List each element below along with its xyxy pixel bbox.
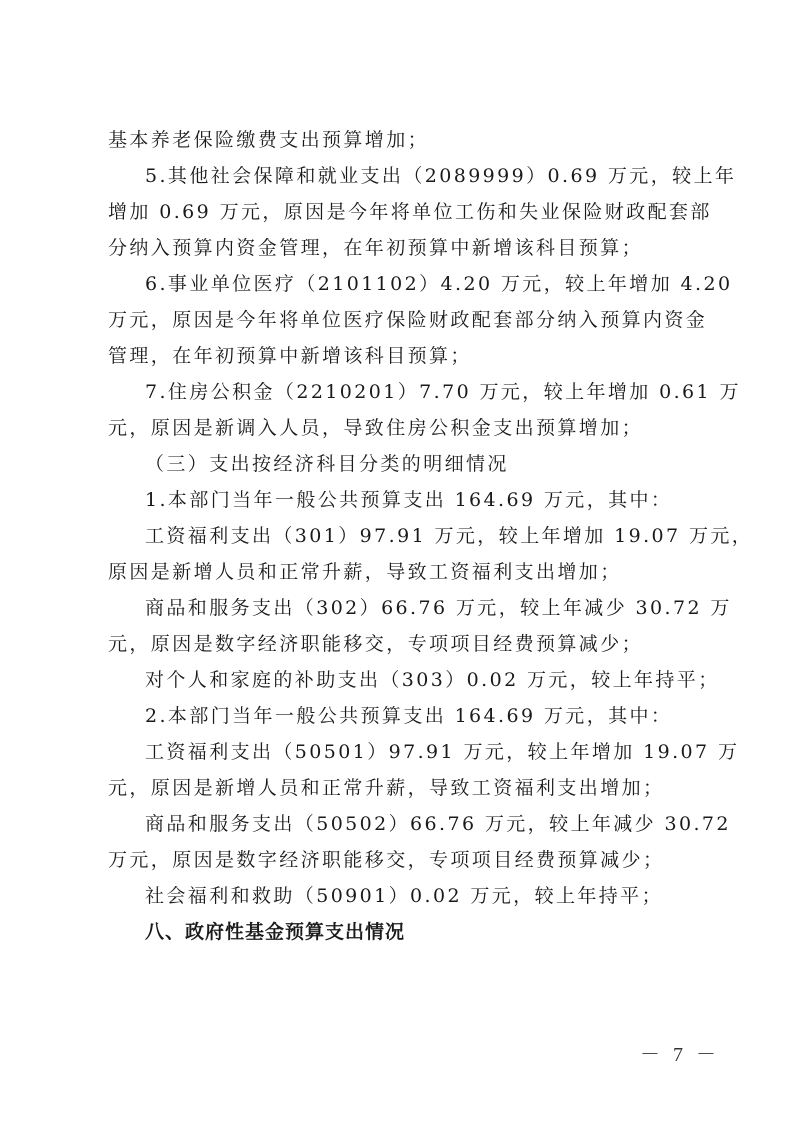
text-line: 5.其他社会保障和就业支出（2089999）0.69 万元，较上年 bbox=[145, 164, 735, 188]
text-line: 元，原因是新调入人员，导致住房公积金支出预算增加； bbox=[108, 416, 698, 440]
text-line: 元，原因是数字经济职能移交，专项项目经费预算减少； bbox=[108, 632, 698, 656]
text-line: 万元，原因是今年将单位医疗保险财政配套部分纳入预算内资金 bbox=[108, 308, 698, 332]
text-line: 2.本部门当年一般公共预算支出 164.69 万元，其中： bbox=[145, 704, 735, 728]
text-line: 6.事业单位医疗（2101102）4.20 万元，较上年增加 4.20 bbox=[145, 272, 735, 296]
text-line: 管理，在年初预算中新增该科目预算； bbox=[108, 344, 698, 368]
text-line: 原因是新增人员和正常升薪，导致工资福利支出增加； bbox=[108, 560, 698, 584]
text-line: 商品和服务支出（302）66.76 万元，较上年减少 30.72 万 bbox=[145, 596, 735, 620]
page-number: － 7 － bbox=[640, 1038, 720, 1067]
section-heading: （三）支出按经济科目分类的明细情况 bbox=[145, 452, 735, 476]
text-line: 商品和服务支出（50502）66.76 万元，较上年减少 30.72 bbox=[145, 812, 735, 836]
text-line: 7.住房公积金（2210201）7.70 万元，较上年增加 0.61 万 bbox=[145, 380, 735, 404]
text-line: 工资福利支出（301）97.91 万元，较上年增加 19.07 万元， bbox=[145, 524, 735, 548]
text-line: 元，原因是新增人员和正常升薪，导致工资福利支出增加； bbox=[108, 776, 698, 800]
section-heading: 八、政府性基金预算支出情况 bbox=[145, 920, 735, 944]
text-line: 工资福利支出（50501）97.91 万元，较上年增加 19.07 万 bbox=[145, 740, 735, 764]
text-line: 基本养老保险缴费支出预算增加； bbox=[108, 128, 698, 152]
text-line: 对个人和家庭的补助支出（303）0.02 万元，较上年持平； bbox=[145, 668, 735, 692]
text-line: 增加 0.69 万元，原因是今年将单位工伤和失业保险财政配套部 bbox=[108, 200, 698, 224]
text-line: 万元，原因是数字经济职能移交，专项项目经费预算减少； bbox=[108, 848, 698, 872]
document-page: 基本养老保险缴费支出预算增加； 5.其他社会保障和就业支出（2089999）0.… bbox=[0, 0, 793, 1122]
text-line: 1.本部门当年一般公共预算支出 164.69 万元，其中： bbox=[145, 488, 735, 512]
text-line: 社会福利和救助（50901）0.02 万元，较上年持平； bbox=[145, 884, 735, 908]
text-line: 分纳入预算内资金管理，在年初预算中新增该科目预算； bbox=[108, 236, 698, 260]
